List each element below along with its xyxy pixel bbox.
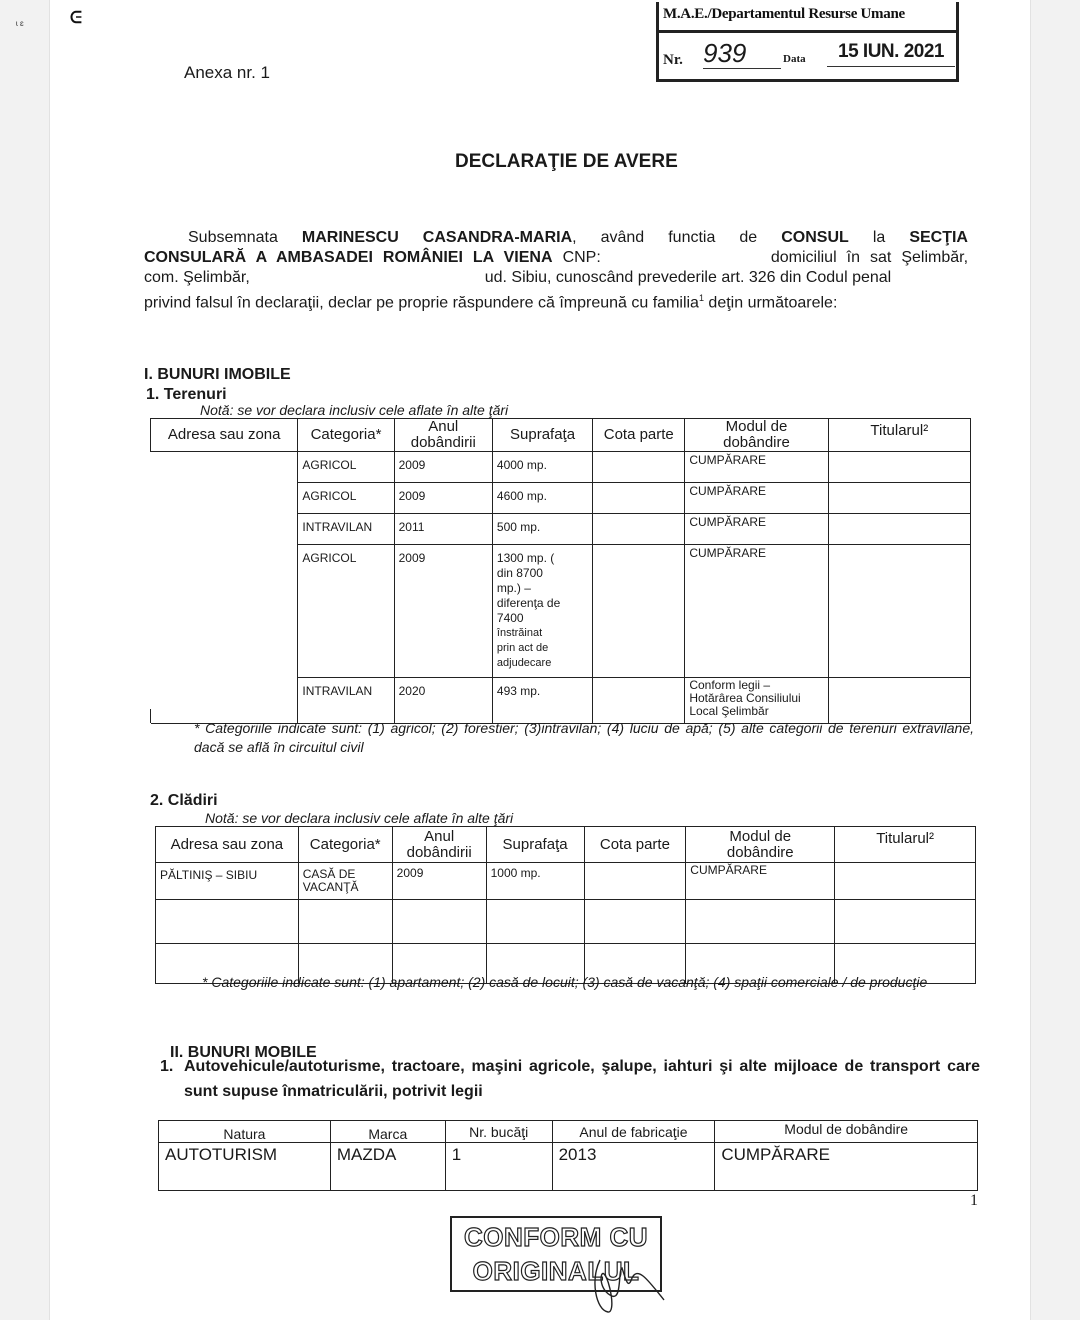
stamp-divider <box>659 30 956 33</box>
cell-cota <box>593 678 685 724</box>
cell-adresa <box>151 514 298 545</box>
cell-cota <box>593 483 685 514</box>
page-number: 1 <box>970 1192 978 1210</box>
cell-categoria: CASĂ DE VACANŢĂ <box>298 863 392 900</box>
table-row: AGRICOL 2009 1300 mp. ( din 8700 mp.) – … <box>151 545 971 678</box>
intro-text: privind falsul în declaraţii, declar pe … <box>144 294 699 311</box>
intro-text: , având functia de <box>572 229 757 246</box>
col-cota: Cota parte <box>584 827 686 863</box>
cell-titular <box>828 545 970 678</box>
cladiri-note: Notă: se vor declara inclusiv cele aflat… <box>205 810 513 826</box>
cell-anul <box>392 900 486 944</box>
annex-label: Anexa nr. 1 <box>184 63 270 83</box>
col-modul: Modul de dobândire <box>685 419 828 452</box>
cell-modul: CUMPĂRARE <box>685 514 828 545</box>
cell-suprafata: 1300 mp. ( din 8700 mp.) – diferenţa de … <box>492 545 592 678</box>
section-1-heading: I. BUNURI IMOBILE <box>144 366 291 384</box>
col-anul-fabricatie: Anul de fabricaţie <box>552 1121 715 1143</box>
scan-mark: ᕮ <box>70 10 84 26</box>
col-anul: Anul dobândirii <box>392 827 486 863</box>
col-adresa: Adresa sau zona <box>151 419 298 452</box>
col-suprafata: Suprafaţa <box>492 419 592 452</box>
table-header-row: Adresa sau zona Categoria* Anul dobândir… <box>151 419 971 452</box>
intro-text: Subsemnata <box>188 229 278 246</box>
col-categoria: Categoria* <box>298 419 394 452</box>
cell-categoria: INTRAVILAN <box>298 678 394 724</box>
table-row: AGRICOL 2009 4000 mp. CUMPĂRARE <box>151 452 971 483</box>
table-row: AUTOTURISM MAZDA 1 2013 CUMPĂRARE <box>159 1143 978 1191</box>
stamp-issuer: M.A.E./Departamentul Resurse Umane <box>663 6 905 23</box>
terenuri-note: Notă: se vor declara inclusiv cele aflat… <box>200 402 508 418</box>
terenuri-table: Adresa sau zona Categoria* Anul dobândir… <box>150 418 971 724</box>
cell-anul: 2020 <box>394 678 492 724</box>
intro-text: com. Şelimbăr, <box>144 269 250 286</box>
cell-natura: AUTOTURISM <box>159 1143 331 1191</box>
cell-adresa <box>151 483 298 514</box>
intro-text: deţin următoarele: <box>708 294 837 311</box>
cnp-label: CNP: <box>563 249 601 266</box>
cladiri-footnote: * Categoriile indicate sunt: (1) apartam… <box>198 973 980 992</box>
declarant-name: MARINESCU CASANDRA-MARIA <box>302 229 572 246</box>
stamp-nr-value: 939 <box>703 38 781 69</box>
cell-cota <box>584 900 686 944</box>
cell-anul: 2009 <box>392 863 486 900</box>
stamp-nr-label: Nr. <box>663 52 683 69</box>
footnote-ref: 1 <box>699 293 704 303</box>
cell-cota <box>593 452 685 483</box>
declarant-position: CONSUL <box>781 229 849 246</box>
stamp-date-label: Data <box>783 53 806 65</box>
cell-cota <box>584 863 686 900</box>
cell-cota <box>593 514 685 545</box>
cell-anul: 2011 <box>394 514 492 545</box>
intro-paragraph: Subsemnata MARINESCU CASANDRA-MARIA, avâ… <box>144 228 968 313</box>
col-bucati: Nr. bucăţi <box>445 1121 552 1143</box>
stamp-line-1: CONFORM CU <box>452 1222 660 1253</box>
table-row: INTRAVILAN 2020 493 mp. Conform legii – … <box>151 678 971 724</box>
col-adresa: Adresa sau zona <box>156 827 299 863</box>
cell-suprafata: 493 mp. <box>492 678 592 724</box>
intro-text: la <box>873 229 885 246</box>
cell-titular <box>828 678 970 724</box>
cell-categoria <box>298 900 392 944</box>
cell-anul-fabricatie: 2013 <box>552 1143 715 1191</box>
table-header-row: Natura Marca Nr. bucăţi Anul de fabricaţ… <box>159 1121 978 1143</box>
cell-adresa <box>151 452 298 483</box>
cell-categoria: INTRAVILAN <box>298 514 394 545</box>
document-title: DECLARAŢIE DE AVERE <box>455 151 678 173</box>
cell-adresa <box>151 545 298 678</box>
cell-adresa <box>151 678 298 724</box>
table-row: AGRICOL 2009 4600 mp. CUMPĂRARE <box>151 483 971 514</box>
vehicles-table: Natura Marca Nr. bucăţi Anul de fabricaţ… <box>158 1120 978 1191</box>
col-modul: Modul de dobândire <box>686 827 835 863</box>
cell-modul: Conform legii – Hotărârea Consiliului Lo… <box>685 678 828 724</box>
registration-stamp: M.A.E./Departamentul Resurse Umane Nr. 9… <box>656 2 959 82</box>
col-suprafata: Suprafaţa <box>486 827 584 863</box>
vehicles-number: 1. <box>160 1054 173 1079</box>
terenuri-footnote: * Categoriile indicate sunt: (1) agricol… <box>194 719 974 757</box>
table-header-row: Adresa sau zona Categoria* Anul dobândir… <box>156 827 976 863</box>
cell-marca: MAZDA <box>330 1143 445 1191</box>
col-anul: Anul dobândirii <box>394 419 492 452</box>
scan-speck: ɩ ɛ <box>16 19 24 28</box>
cell-suprafata: 1000 mp. <box>486 863 584 900</box>
suprafata-note: înstrăinat prin act de adjudecare <box>497 626 563 671</box>
cladiri-heading: 2. Clădiri <box>150 792 218 810</box>
cell-bucati: 1 <box>445 1143 552 1191</box>
col-natura: Natura <box>159 1121 331 1143</box>
cell-titular <box>828 452 970 483</box>
cell-categoria: AGRICOL <box>298 452 394 483</box>
col-titular: Titularul² <box>828 419 970 452</box>
cell-suprafata <box>486 900 584 944</box>
cell-categoria: AGRICOL <box>298 483 394 514</box>
cell-anul: 2009 <box>394 483 492 514</box>
cell-titular <box>828 483 970 514</box>
suprafata-text: 1300 mp. ( din 8700 mp.) – diferenţa de … <box>497 551 563 626</box>
table-row <box>156 900 976 944</box>
cell-cota <box>593 545 685 678</box>
cell-anul: 2009 <box>394 452 492 483</box>
cell-adresa <box>156 900 299 944</box>
cell-titular <box>828 514 970 545</box>
col-titular: Titularul² <box>835 827 976 863</box>
cladiri-table: Adresa sau zona Categoria* Anul dobândir… <box>155 826 976 984</box>
table-row: INTRAVILAN 2011 500 mp. CUMPĂRARE <box>151 514 971 545</box>
cell-suprafata: 4000 mp. <box>492 452 592 483</box>
cell-modul: CUMPĂRARE <box>715 1143 978 1191</box>
cell-titular <box>835 863 976 900</box>
cell-modul: CUMPĂRARE <box>685 483 828 514</box>
intro-text: ud. Sibiu, cunoscând prevederile art. 32… <box>485 269 892 286</box>
cell-suprafata: 4600 mp. <box>492 483 592 514</box>
cell-anul: 2009 <box>394 545 492 678</box>
cell-categoria: AGRICOL <box>298 545 394 678</box>
cell-titular <box>835 900 976 944</box>
cell-modul: CUMPĂRARE <box>686 863 835 900</box>
vehicles-heading: Autovehicule/autoturisme, tractoare, maş… <box>184 1054 980 1104</box>
col-categoria: Categoria* <box>298 827 392 863</box>
cell-modul <box>686 900 835 944</box>
col-cota: Cota parte <box>593 419 685 452</box>
col-modul: Modul de dobândire <box>715 1121 978 1143</box>
cell-modul: CUMPĂRARE <box>685 452 828 483</box>
cell-suprafata: 500 mp. <box>492 514 592 545</box>
intro-text: domiciliul în sat Şelimbăr, <box>771 249 968 266</box>
table-row: PĂLTINIŞ – SIBIU CASĂ DE VACANŢĂ 2009 10… <box>156 863 976 900</box>
cell-modul: CUMPĂRARE <box>685 545 828 678</box>
stamp-date-value: 15 IUN. 2021 <box>827 38 955 67</box>
col-marca: Marca <box>330 1121 445 1143</box>
cell-adresa: PĂLTINIŞ – SIBIU <box>156 863 299 900</box>
signature-icon <box>560 1250 670 1320</box>
vehicles-subheading: 1. Autovehicule/autoturisme, tractoare, … <box>160 1054 980 1104</box>
